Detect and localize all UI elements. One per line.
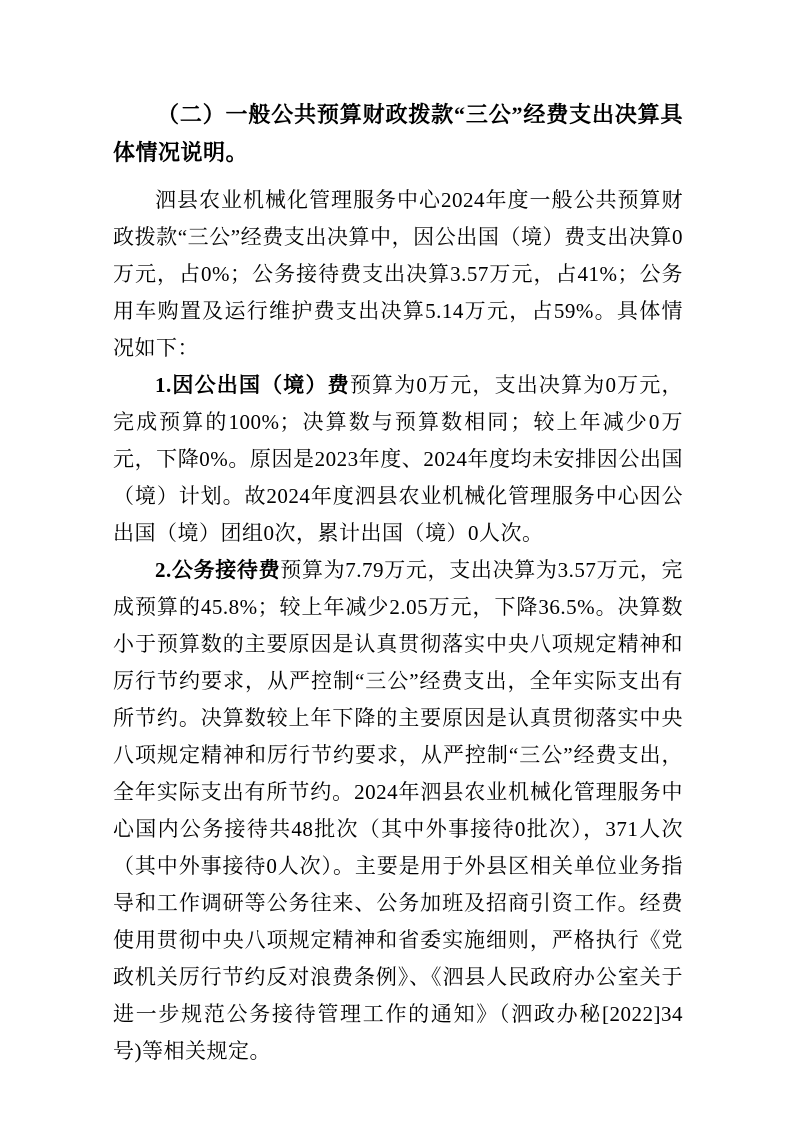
section-heading: （二）一般公共预算财政拨款“三公”经费支出决算具体情况说明。: [113, 96, 683, 172]
paragraph-intro-text: 泗县农业机械化管理服务中心2024年度一般公共预算财政拨款“三公”经费支出决算中…: [113, 188, 683, 360]
paragraph-item-2: 2.公务接待费预算为7.79万元，支出决算为3.57万元，完成预算的45.8%；…: [113, 552, 683, 1070]
paragraph-intro: 泗县农业机械化管理服务中心2024年度一般公共预算财政拨款“三公”经费支出决算中…: [113, 182, 683, 367]
paragraph-item-2-text: 预算为7.79万元，支出决算为3.57万元，完成预算的45.8%；较上年减少2.…: [113, 558, 683, 1063]
paragraph-item-2-lead: 2.公务接待费: [155, 558, 280, 582]
paragraph-item-1: 1.因公出国（境）费预算为0万元，支出决算为0万元，完成预算的100%；决算数与…: [113, 367, 683, 552]
document-page: （二）一般公共预算财政拨款“三公”经费支出决算具体情况说明。 泗县农业机械化管理…: [0, 0, 794, 1122]
paragraph-item-1-lead: 1.因公出国（境）费: [155, 373, 350, 397]
text-content: （二）一般公共预算财政拨款“三公”经费支出决算具体情况说明。 泗县农业机械化管理…: [113, 96, 683, 1070]
paragraph-item-1-text: 预算为0万元，支出决算为0万元，完成预算的100%；决算数与预算数相同；较上年减…: [113, 373, 683, 545]
